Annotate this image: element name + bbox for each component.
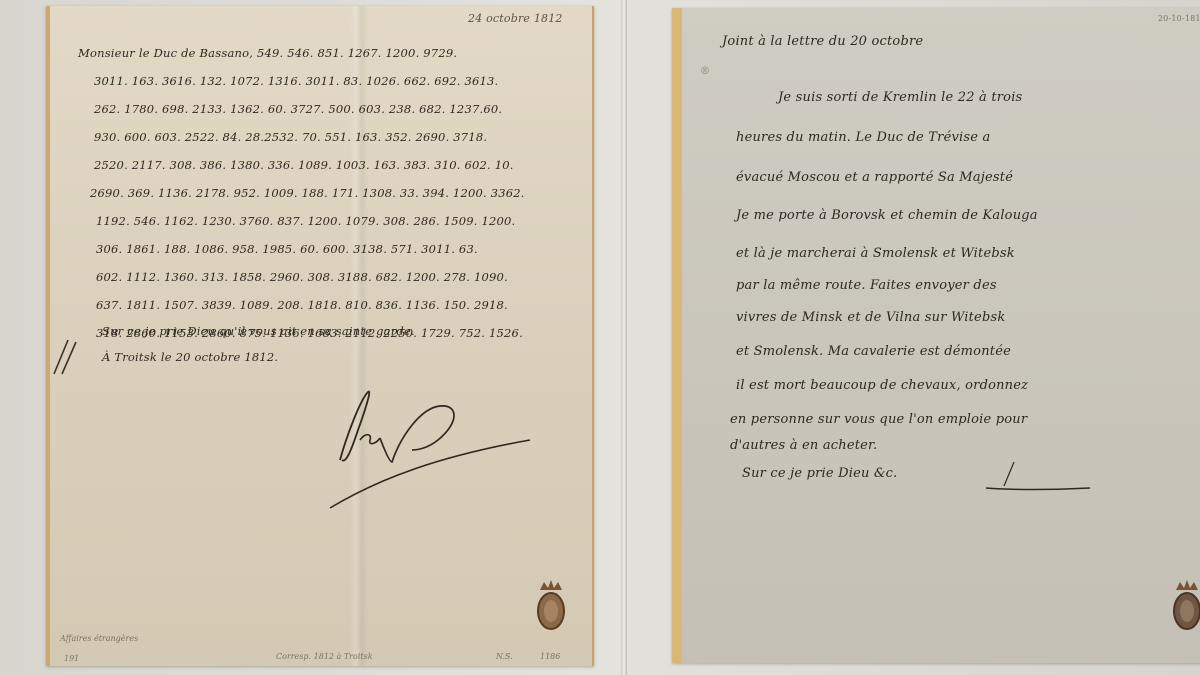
place-and-date: À Troitsk le 20 octobre 1812. — [102, 350, 278, 364]
archive-reference: 20-10-1812 — [1158, 14, 1200, 23]
cipher-line: 930. 600. 603. 2522. 84. 28.2532. 70. 55… — [94, 130, 487, 144]
archive-note: N.S. — [496, 652, 513, 661]
frame-divider — [621, 0, 627, 675]
cipher-line: 1192. 546. 1162. 1230. 3760. 837. 1200. … — [96, 214, 515, 228]
cipher-line: 262. 1780. 698. 2133. 1362. 60. 3727. 50… — [94, 102, 502, 116]
letter-header: Joint à la lettre du 20 octobre — [722, 34, 923, 49]
archive-note: Corresp. 1812 à Troitsk — [276, 652, 373, 661]
cipher-line: 306. 1861. 188. 1086. 958. 1985. 60. 600… — [96, 242, 478, 256]
cipher-line: Monsieur le Duc de Bassano, 549. 546. 85… — [78, 46, 457, 60]
closing-formula: Sur ce je prie Dieu qu'il vous ait en sa… — [102, 324, 415, 338]
body-line: en personne sur vous que l'on emploie po… — [730, 412, 1027, 427]
body-line: et là je marcherai à Smolensk et Witebsk — [736, 246, 1015, 261]
body-line: Je me porte à Borovsk et chemin de Kalou… — [736, 208, 1038, 223]
archive-note: 191 — [64, 654, 79, 663]
body-line: heures du matin. Le Duc de Trévise a — [736, 130, 990, 145]
body-line: par la même route. Faites envoyer des — [736, 278, 997, 293]
crown-seal-icon — [1170, 578, 1200, 632]
body-line: il est mort beaucoup de chevaux, ordonne… — [736, 378, 1028, 393]
body-line: vivres de Minsk et de Vilna sur Witebsk — [736, 310, 1005, 325]
archive-note: Affaires étrangères — [60, 634, 138, 643]
plain-letter: 20-10-1812 ® Joint à la lettre du 20 oct… — [672, 8, 1200, 663]
body-line: Je suis sorti de Kremlin le 22 à trois — [778, 90, 1022, 105]
cipher-line: 637. 1811. 1507. 3839. 1089. 208. 1818. … — [96, 298, 508, 312]
cipher-letter: 24 octobre 1812 Monsieur le Duc de Bassa… — [46, 6, 594, 666]
cipher-line: 2690. 369. 1136. 2178. 952. 1009. 188. 1… — [90, 186, 525, 200]
signature-flourish — [982, 458, 1092, 498]
body-line: évacué Moscou et a rapporté Sa Majesté — [736, 170, 1013, 185]
signature-nap — [320, 378, 540, 518]
archive-note: 1186 — [540, 652, 560, 661]
body-line: et Smolensk. Ma cavalerie est démontée — [736, 344, 1011, 359]
body-line: d'autres à en acheter. — [730, 438, 877, 453]
crown-seal-icon — [534, 578, 568, 632]
cipher-line: 3011. 163. 3616. 132. 1072. 1316. 3011. … — [94, 74, 498, 88]
closing-formula: Sur ce je prie Dieu &c. — [742, 466, 897, 481]
margin-mark-icon — [50, 334, 80, 376]
cipher-line: 602. 1112. 1360. 313. 1858. 2960. 308. 3… — [96, 270, 508, 284]
letter-date: 24 octobre 1812 — [468, 12, 563, 25]
cipher-line: 2520. 2117. 308. 386. 1380. 336. 1089. 1… — [94, 158, 514, 172]
pencil-mark-icon: ® — [700, 66, 710, 77]
